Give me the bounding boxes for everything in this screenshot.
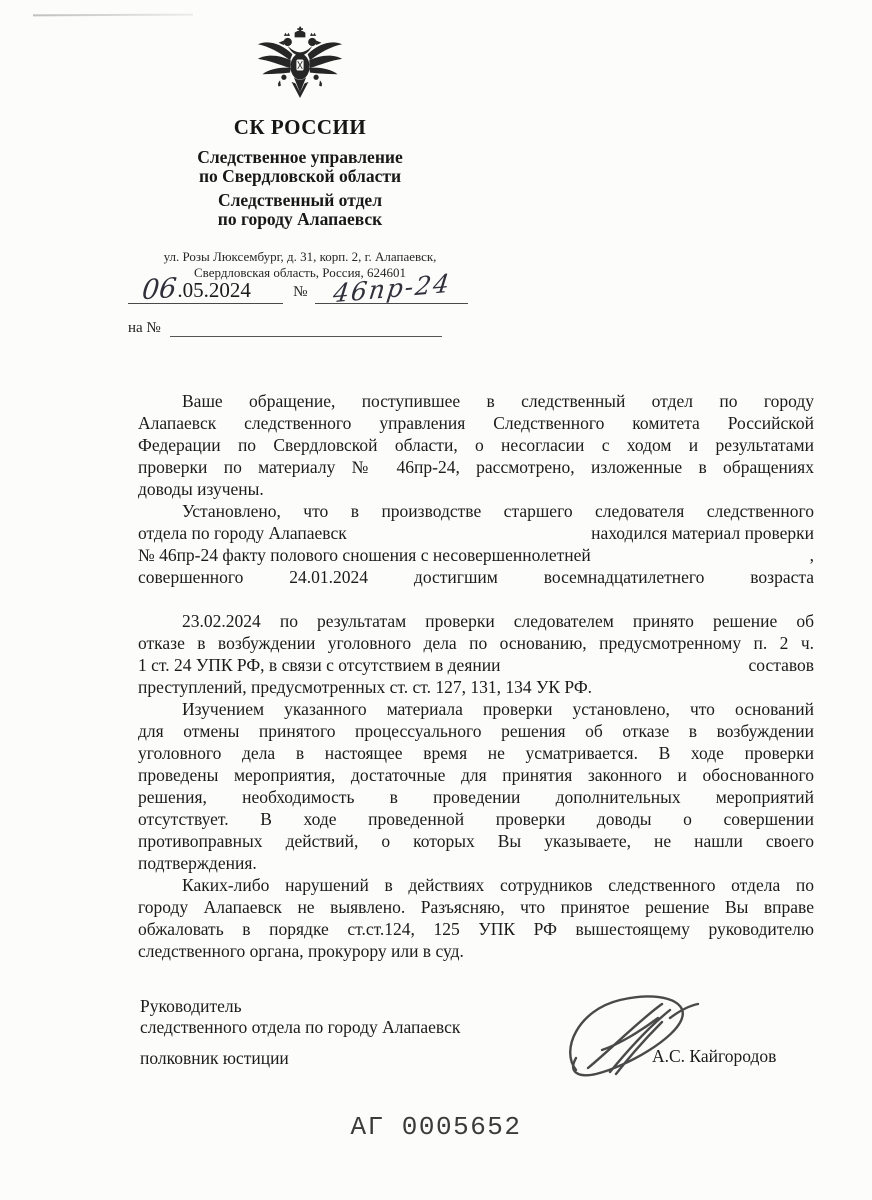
paragraph: Изучением указанного материала проверки … — [138, 698, 814, 874]
text-line: городу Алапаевск не выявлено. Разъясняю,… — [138, 896, 814, 918]
text-line: совершенного 24.01.2024 достигшим восемн… — [138, 566, 814, 588]
signer-title-block: Руководитель следственного отдела по гор… — [140, 996, 460, 1069]
scanned-letter-page: СК РОССИИ Следственное управление по Све… — [0, 0, 872, 1200]
text-line: отсутствует. В ходе проведенной проверки… — [138, 808, 814, 830]
text-segment-left: 1 ст. 24 УПК РФ, в связи с отсутствием в… — [138, 654, 500, 676]
address-line-1: ул. Розы Люксембург, д. 31, корп. 2, г. … — [126, 249, 474, 265]
text-segment-left: отдела по городу Алапаевск — [138, 522, 347, 544]
text-line: 1 ст. 24 УПК РФ, в связи с отсутствием в… — [138, 654, 814, 676]
signer-title-line-1: Руководитель — [140, 996, 460, 1017]
text-line: противоправных действий, о которых Вы ук… — [138, 830, 814, 852]
text-line: для отмены принятого процессуального реш… — [138, 720, 814, 742]
signer-title-line-2: следственного отдела по городу Алапаевск — [140, 1017, 460, 1038]
handwritten-doc-number: 46пр-24 — [331, 272, 452, 307]
text-line: проверки по материалу № 46пр-24, рассмот… — [138, 456, 814, 478]
text-line: Алапаевск следственного управления Следс… — [138, 412, 814, 434]
department-line-1: Следственный отдел — [126, 191, 474, 210]
text-line: уголовного дела в настоящее время не усм… — [138, 742, 814, 764]
department-line-2: по городу Алапаевск — [126, 210, 474, 229]
outgoing-number-field: 46пр-24 — [315, 277, 468, 304]
text-line: подтверждения. — [138, 852, 814, 874]
text-line: Установлено, что в производстве старшего… — [138, 500, 814, 522]
text-line: обжаловать в порядке ст.ст.124, 125 УПК … — [138, 918, 814, 940]
text-line: Федерации по Свердловской области, о нес… — [138, 434, 814, 456]
text-line: отказе в возбуждении уголовного дела по … — [138, 632, 814, 654]
letterhead: СК РОССИИ Следственное управление по Све… — [126, 26, 474, 280]
signer-name: А.С. Кайгородов — [652, 1046, 776, 1067]
text-line: Каких-либо нарушений в действиях сотрудн… — [138, 874, 814, 896]
body-text: Ваше обращение, поступившее в следственн… — [138, 390, 814, 962]
form-serial-number: АГ 0005652 — [0, 1112, 872, 1142]
text-line: решения, необходимость в проведении допо… — [138, 786, 814, 808]
text-line: преступлений, предусмотренных ст. ст. 12… — [138, 676, 814, 698]
paragraph: Ваше обращение, поступившее в следственн… — [138, 390, 814, 500]
reply-to-label: на № — [128, 320, 161, 337]
date-field: 06 .05.2024 — [128, 278, 283, 304]
paragraph: Установлено, что в производстве старшего… — [138, 500, 814, 588]
text-segment-left: № 46пр-24 факту полового сношения с несо… — [138, 544, 591, 566]
paragraph: Каких-либо нарушений в действиях сотрудн… — [138, 874, 814, 962]
text-line: 23.02.2024 по результатам проверки следо… — [138, 610, 814, 632]
coat-of-arms-eagle-icon — [254, 26, 346, 104]
directorate-line-1: Следственное управление — [126, 148, 474, 167]
paragraph: 23.02.2024 по результатам проверки следо… — [138, 610, 814, 698]
text-line: № 46пр-24 факту полового сношения с несо… — [138, 544, 814, 566]
directorate-line-2: по Свердловской области — [126, 167, 474, 186]
handwritten-signature-icon — [558, 988, 710, 1084]
text-line: отдела по городу Алапаевскнаходился мате… — [138, 522, 814, 544]
text-segment-right: , — [810, 544, 814, 566]
scan-artifact-line — [33, 14, 193, 17]
signer-rank: полковник юстиции — [140, 1048, 460, 1069]
text-segment-right: составов — [748, 654, 814, 676]
reply-to-blank-line — [170, 319, 442, 337]
handwritten-date-day: 06 — [141, 277, 178, 304]
number-sign: № — [293, 284, 307, 301]
printed-date: .05.2024 — [177, 279, 251, 302]
agency-name: СК РОССИИ — [126, 115, 474, 140]
text-segment-right: находился материал проверки — [591, 522, 814, 544]
text-line: проведены мероприятия, достаточные для п… — [138, 764, 814, 786]
text-line: следственного органа, прокурору или в су… — [138, 940, 814, 962]
text-line: Изучением указанного материала проверки … — [138, 698, 814, 720]
text-line: доводы изучены. — [138, 478, 814, 500]
text-line: Ваше обращение, поступившее в следственн… — [138, 390, 814, 412]
reference-block: 06 .05.2024 № 46пр-24 на № — [128, 266, 468, 337]
